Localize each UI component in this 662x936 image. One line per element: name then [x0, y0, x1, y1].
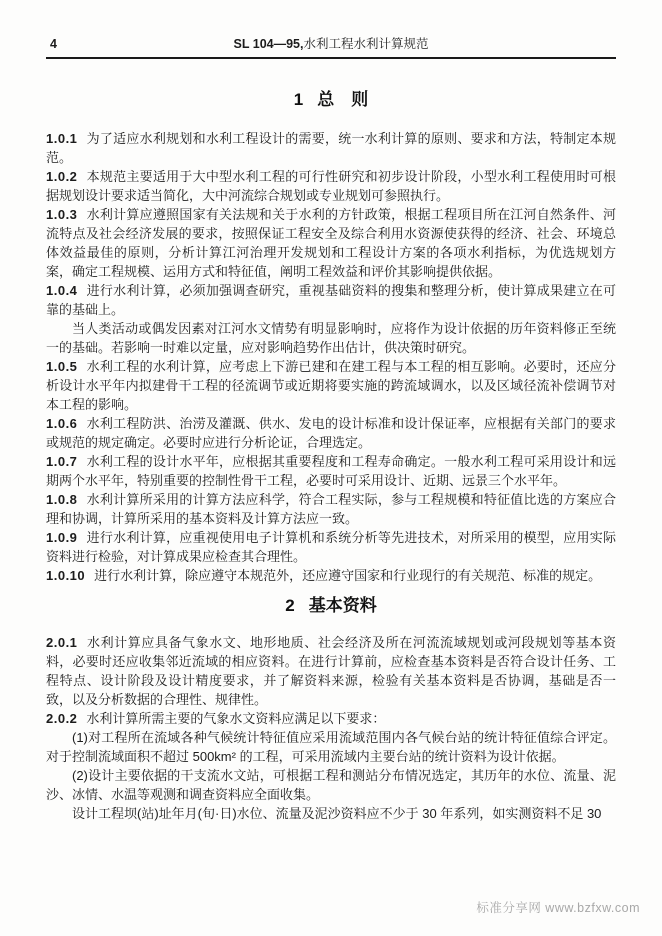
page-number: 4 — [50, 36, 58, 52]
clause-text: 进行水利计算，必须加强调查研究，重视基础资料的搜集和整理分析，使计算成果建立在可… — [46, 283, 616, 317]
clause-text: 水利工程防洪、治涝及灌溉、供水、发电的设计标准和设计保证率，应根据有关部门的要求… — [46, 416, 616, 450]
section-1-number: 1 — [294, 90, 303, 109]
clause-text: 进行水利计算，除应遵守本规范外，还应遵守国家和行业现行的有关规范、标准的规定。 — [94, 568, 601, 583]
clause-2-0-1: 2.0.1水利计算应具备气象水文、地形地质、社会经济及所在河流流域规划或河段规划… — [46, 633, 616, 709]
clause-text: 本规范主要适用于大中型水利工程的可行性研究和初步设计阶段，小型水利工程使用时可根… — [46, 169, 616, 203]
clause-number: 1.0.6 — [46, 416, 77, 431]
header-standard-name: 水利工程水利计算规范 — [303, 37, 428, 51]
section-1-title: 总 则 — [317, 90, 368, 109]
section-2-number: 2 — [285, 596, 294, 615]
header-rule — [46, 57, 616, 59]
clause-2-0-2-item-2: (2)设计主要依据的干支流水文站，可根据工程和测站分布情况选定，其历年的水位、流… — [46, 766, 616, 804]
clause-number: 1.0.5 — [46, 359, 77, 374]
clause-1-0-4-continuation: 当人类活动或偶发因素对江河水文情势有明显影响时，应将作为设计依据的历年资料修正至… — [46, 319, 616, 357]
clause-1-0-5: 1.0.5水利工程的水利计算，应考虑上下游已建和在建工程与本工程的相互影响。必要… — [46, 357, 616, 414]
clause-text: 为了适应水利规划和水利工程设计的需要，统一水利计算的原则、要求和方法，特制定本规… — [46, 131, 616, 165]
section-1-heading: 1总 则 — [46, 89, 616, 111]
clause-number: 1.0.4 — [46, 283, 77, 298]
watermark: 标准分享网 www.bzfxw.com — [476, 898, 640, 916]
section-2-heading: 2基本资料 — [46, 595, 616, 617]
clause-text: 水利计算所采用的计算方法应科学，符合工程实际，参与工程规模和特征值比选的方案应合… — [46, 492, 616, 526]
clause-2-0-2: 2.0.2水利计算所需主要的气象水文资料应满足以下要求： — [46, 709, 616, 728]
clause-1-0-7: 1.0.7水利工程的设计水平年，应根据其重要程度和工程寿命确定。一般水利工程可采… — [46, 452, 616, 490]
clause-number: 2.0.2 — [46, 711, 77, 726]
page-header: 4 SL 104—95,水利工程水利计算规范 — [46, 36, 616, 52]
section-2-body: 2.0.1水利计算应具备气象水文、地形地质、社会经济及所在河流流域规划或河段规划… — [46, 633, 616, 823]
section-2-title: 基本资料 — [309, 596, 377, 615]
clause-number: 1.0.9 — [46, 530, 77, 545]
clause-number: 1.0.3 — [46, 207, 77, 222]
clause-1-0-1: 1.0.1为了适应水利规划和水利工程设计的需要，统一水利计算的原则、要求和方法，… — [46, 129, 616, 167]
clause-number: 2.0.1 — [46, 635, 77, 650]
clause-text: 水利工程的水利计算，应考虑上下游已建和在建工程与本工程的相互影响。必要时，还应分… — [46, 359, 616, 412]
clause-1-0-8: 1.0.8水利计算所采用的计算方法应科学，符合工程实际，参与工程规模和特征值比选… — [46, 490, 616, 528]
clause-1-0-10: 1.0.10进行水利计算，除应遵守本规范外，还应遵守国家和行业现行的有关规范、标… — [46, 566, 616, 585]
clause-number: 1.0.7 — [46, 454, 77, 469]
document-page: 4 SL 104—95,水利工程水利计算规范 1总 则 1.0.1为了适应水利规… — [0, 0, 662, 936]
clause-text: 水利工程的设计水平年，应根据其重要程度和工程寿命确定。一般水利工程可采用设计和远… — [46, 454, 616, 488]
clause-1-0-2: 1.0.2本规范主要适用于大中型水利工程的可行性研究和初步设计阶段，小型水利工程… — [46, 167, 616, 205]
clause-text: 水利计算应具备气象水文、地形地质、社会经济及所在河流流域规划或河段规划等基本资料… — [46, 635, 616, 707]
clause-number: 1.0.2 — [46, 169, 77, 184]
clause-2-0-2-item-1: (1)对工程所在流域各种气候统计特征值应采用流域范围内各气候台站的统计特征值综合… — [46, 728, 616, 766]
clause-number: 1.0.8 — [46, 492, 77, 507]
clause-1-0-3: 1.0.3水利计算应遵照国家有关法规和关于水利的方针政策，根据工程项目所在江河自… — [46, 205, 616, 281]
clause-1-0-9: 1.0.9进行水利计算，应重视使用电子计算机和系统分析等先进技术，对所采用的模型… — [46, 528, 616, 566]
clause-text: 进行水利计算，应重视使用电子计算机和系统分析等先进技术，对所采用的模型，应用实际… — [46, 530, 616, 564]
clause-number: 1.0.10 — [46, 568, 85, 583]
clause-text: 水利计算所需主要的气象水文资料应满足以下要求： — [86, 711, 385, 726]
clause-1-0-4: 1.0.4进行水利计算，必须加强调查研究，重视基础资料的搜集和整理分析，使计算成… — [46, 281, 616, 319]
clause-number: 1.0.1 — [46, 131, 77, 146]
header-standard-code: SL 104—95, — [234, 37, 304, 51]
clause-2-0-2-continuation: 设计工程坝(站)址年月(旬·日)水位、流量及泥沙资料应不少于 30 年系列，如实… — [46, 804, 616, 823]
clause-1-0-6: 1.0.6水利工程防洪、治涝及灌溉、供水、发电的设计标准和设计保证率，应根据有关… — [46, 414, 616, 452]
clause-text: 水利计算应遵照国家有关法规和关于水利的方针政策，根据工程项目所在江河自然条件、河… — [46, 207, 616, 279]
header-title: SL 104—95,水利工程水利计算规范 — [46, 36, 616, 52]
section-1-body: 1.0.1为了适应水利规划和水利工程设计的需要，统一水利计算的原则、要求和方法，… — [46, 129, 616, 585]
